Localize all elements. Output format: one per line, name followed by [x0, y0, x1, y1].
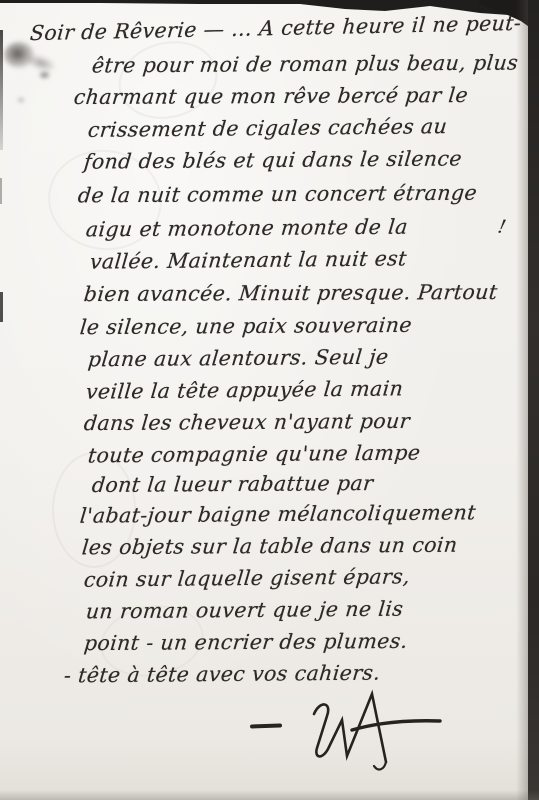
- handwritten-line: le silence, une paix souveraine: [79, 313, 413, 339]
- scan-border-right: [528, 0, 539, 800]
- handwritten-line: l'abat-jour baigne mélancoliquement: [79, 500, 477, 527]
- handwritten-line: être pour moi de roman plus beau, plus: [91, 51, 520, 78]
- handwritten-line: un roman ouvert que je ne lis: [85, 597, 405, 624]
- handwritten-line: point - un encrier des plumes.: [83, 629, 409, 655]
- scan-border-left: [0, 292, 3, 322]
- handwritten-line: veille la tête appuyée la main: [85, 376, 405, 403]
- handwritten-line: crissement de cigales cachées au: [87, 114, 449, 142]
- handwritten-line: coin sur laquelle gisent épars,: [83, 564, 411, 591]
- handwritten-line: plane aux alentours. Seul je: [87, 345, 390, 372]
- handwritten-line: dont la lueur rabattue par: [91, 471, 375, 497]
- page-edge-shadow: [514, 0, 528, 800]
- handwritten-line: - tête à tête avec vos cahiers.: [63, 661, 382, 688]
- handwritten-line: vallée. Maintenant la nuit est: [89, 246, 408, 273]
- scan-border-left: [0, 30, 3, 150]
- handwritten-line: dans les cheveux n'ayant pour: [83, 409, 411, 435]
- signature-monogram: [300, 688, 450, 778]
- handwritten-line: toute compagnie qu'une lampe: [87, 441, 422, 468]
- handwritten-line: fond des blés et qui dans le silence: [83, 146, 463, 173]
- handwritten-line: Soir de Rêverie — ... A cette heure il n…: [29, 11, 522, 45]
- handwritten-line: bien avancée. Minuit presque. Partout: [83, 280, 499, 306]
- handwritten-line: les objets sur la table dans un coin: [81, 533, 459, 560]
- handwritten-line: aigu et monotone monte de la: [85, 215, 409, 242]
- paper-page: Soir de Rêverie — ... A cette heure il n…: [0, 0, 539, 800]
- handwritten-line: de la nuit comme un concert étrange: [77, 181, 478, 208]
- scan-border-left: [0, 178, 2, 204]
- handwritten-line: charmant que mon rêve bercé par le: [73, 83, 469, 109]
- page-edge-shadow: [0, 790, 539, 800]
- letter-body: Soir de Rêverie — ... A cette heure il n…: [0, 0, 539, 800]
